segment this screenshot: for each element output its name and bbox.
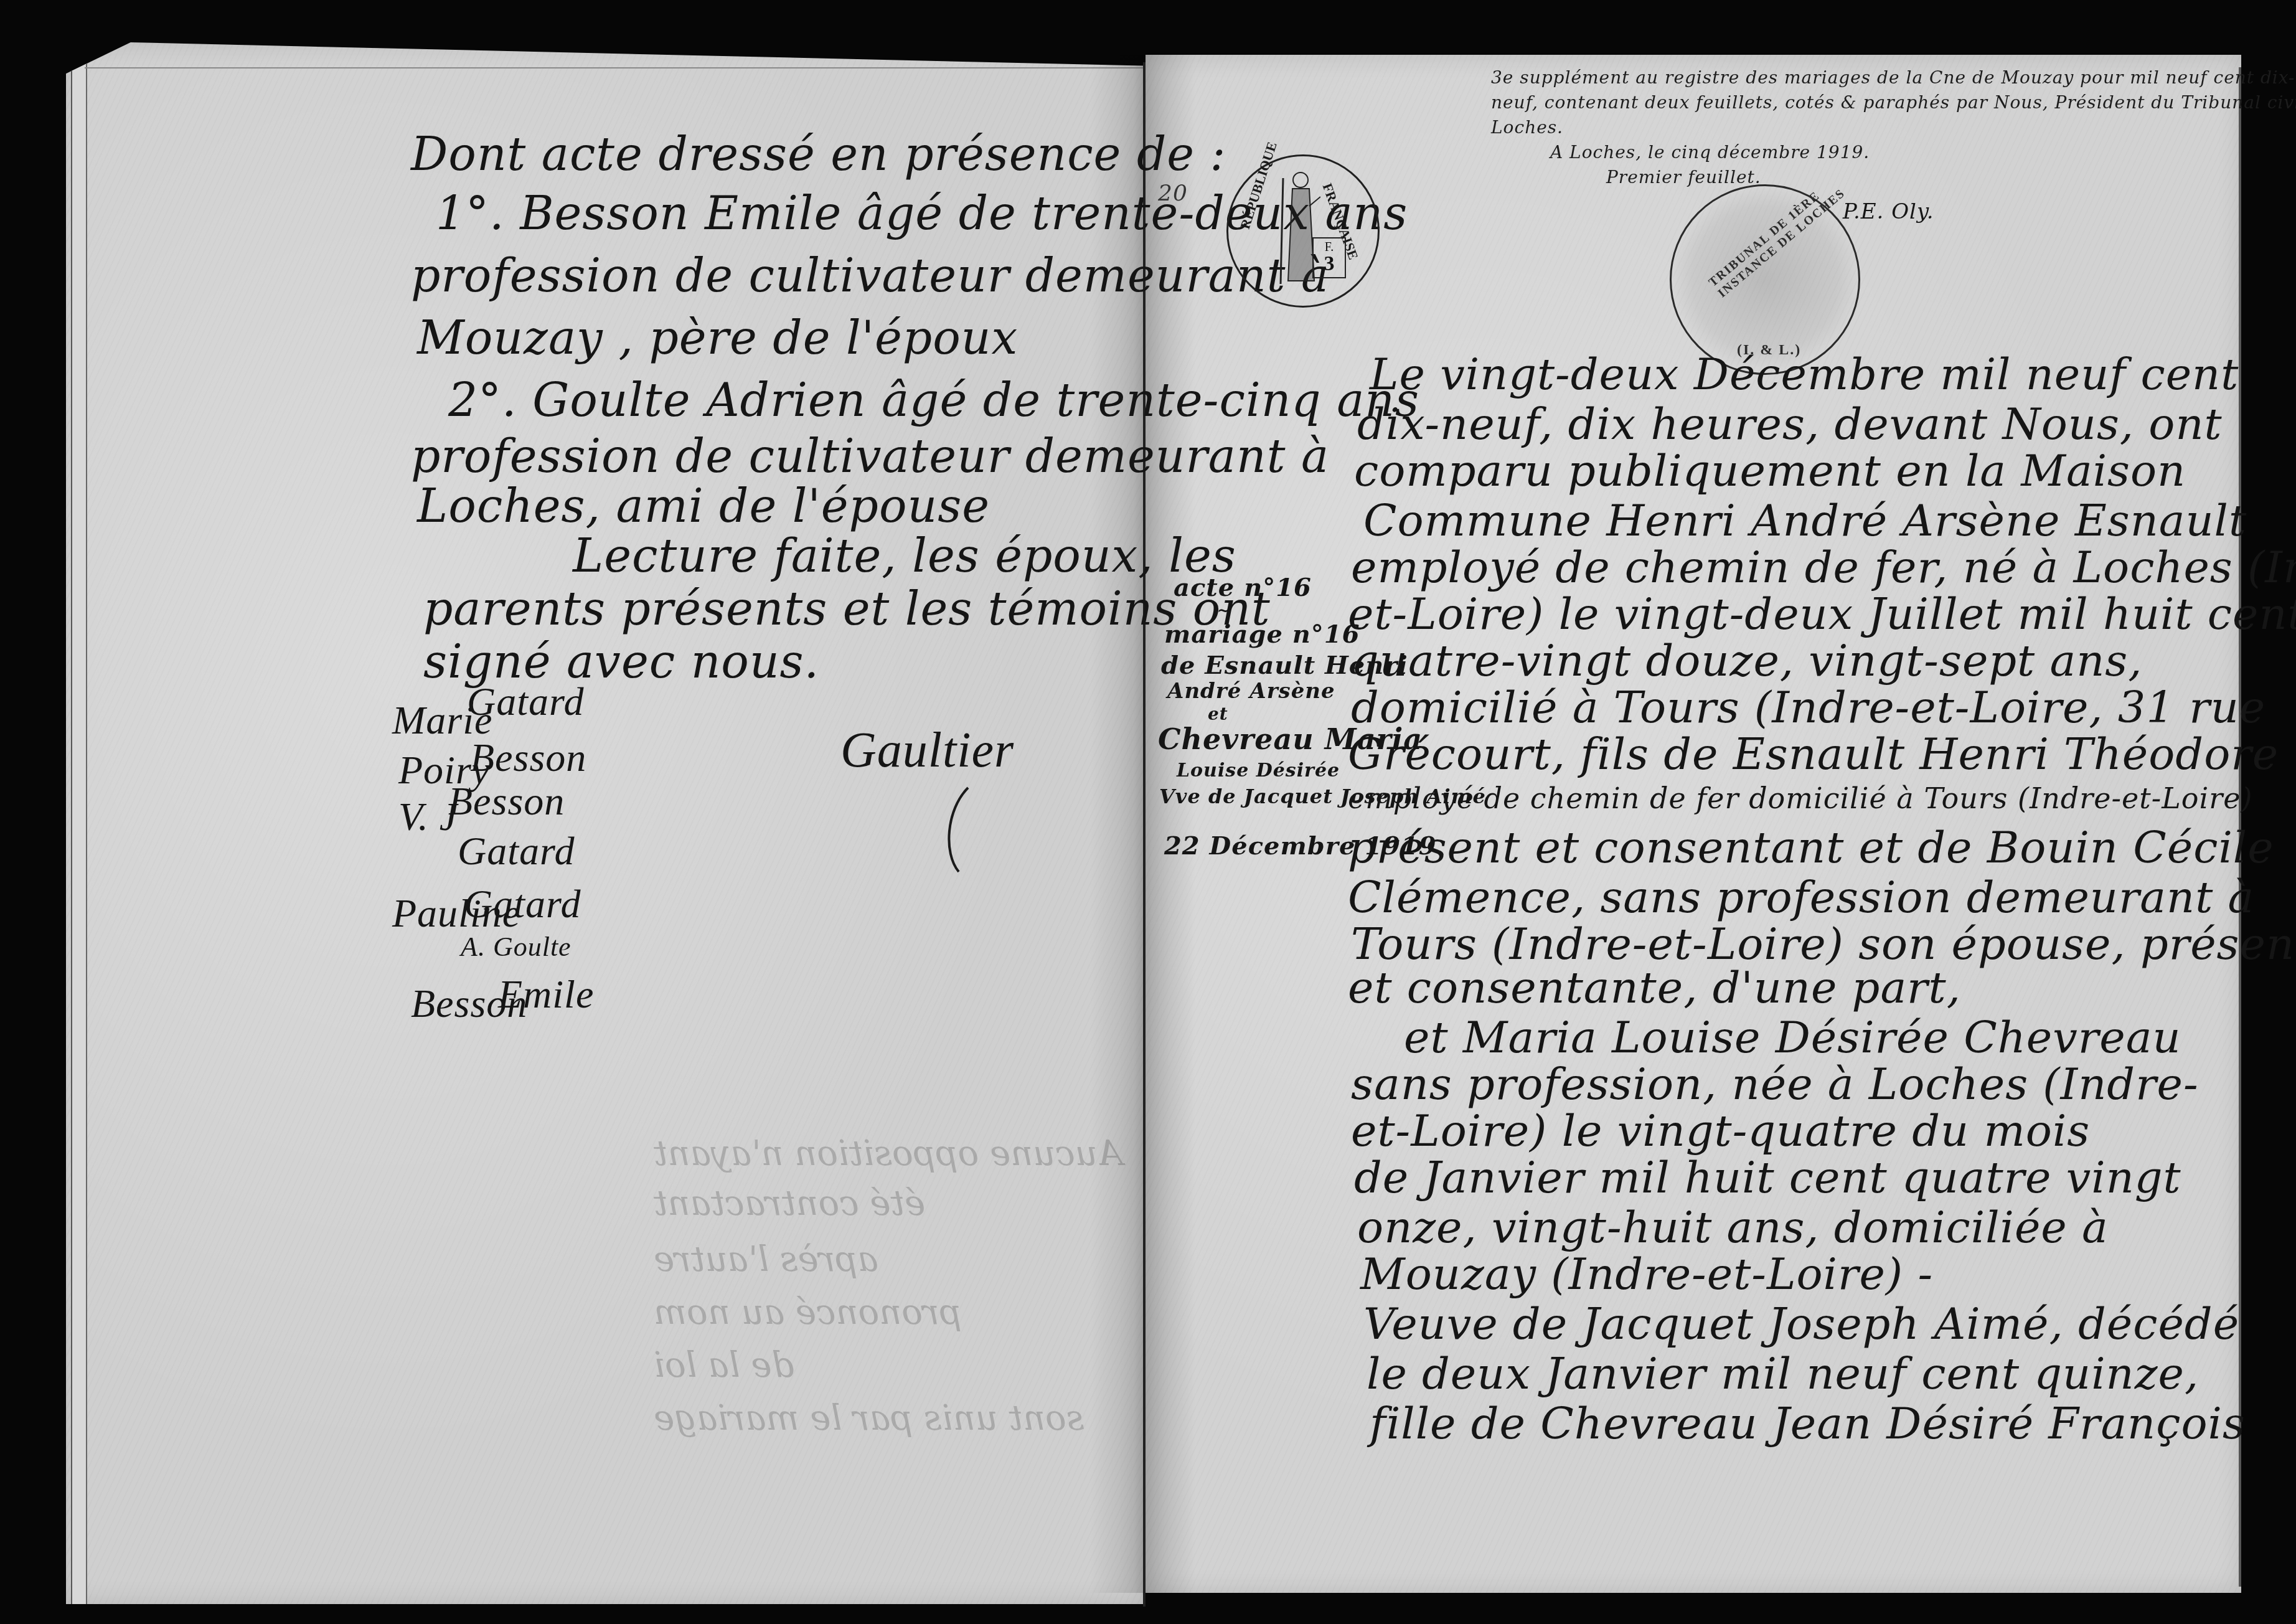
act-body-line: et consentante, d'une part,	[1348, 962, 1961, 1013]
act-body-line: dix-neuf, dix heures, devant Nous, ont	[1357, 399, 2223, 450]
act-body-line: présent et consentant et de Bouin Cécile	[1348, 822, 2274, 873]
margin-marriage-number: mariage n°16	[1164, 620, 1360, 649]
act-body-line: Veuve de Jacquet Joseph Aimé, décédé	[1363, 1298, 2239, 1349]
act-body-line: Grécourt, fils de Esnault Henri Théodore	[1348, 729, 2279, 780]
page-edge	[71, 55, 87, 1604]
witness-1-residence: Mouzay , père de l'époux	[417, 311, 1018, 365]
reading-clause: parents présents et les témoins ont	[423, 582, 1271, 636]
act-body-line: domicilié à Tours (Indre-et-Loire, 31 ru…	[1351, 682, 2265, 733]
act-body-line: fille de Chevreau Jean Désiré François	[1370, 1398, 2246, 1449]
act-body-line: employé de chemin de fer domicilié à Tou…	[1348, 781, 2252, 815]
bleed-through-text: Aucune opposition n'ayant	[654, 1133, 1122, 1174]
act-body-line: Mouzay (Indre-et-Loire) -	[1360, 1249, 1933, 1300]
act-body-line: comparu publiquement en la Maison	[1354, 445, 2186, 496]
witness-2-residence: Loches, ami de l'épouse	[417, 479, 990, 533]
folio-number: 20	[1158, 181, 1188, 206]
header-note-line: neuf, contenant deux feuillets, cotés & …	[1491, 92, 2296, 113]
margin-groom: André Arsène	[1167, 679, 1335, 704]
signature: Gatard	[464, 881, 581, 927]
act-body-line: Le vingt-deux Décembre mil neuf cent	[1370, 349, 2239, 400]
officer-signature: Gaultier	[840, 722, 1014, 779]
document-scan: Aucune opposition n'ayant été contractan…	[0, 0, 2296, 1624]
president-signature: P.E. Oly.	[1843, 199, 1934, 224]
margin-divider: ~	[1217, 601, 1230, 619]
margin-and: et	[1208, 704, 1228, 724]
reading-clause: Lecture faite, les époux, les	[573, 529, 1236, 583]
signature: Emile	[498, 971, 594, 1017]
margin-bride: Louise Désirée	[1177, 760, 1340, 781]
header-place-date: A Loches, le cinq décembre 1919.	[1550, 142, 1870, 163]
signature-flourish	[940, 785, 977, 878]
signature: Gatard	[467, 679, 585, 725]
header-note-line: 3e supplément au registre des mariages d…	[1491, 67, 2295, 88]
act-body-line: et Maria Louise Désirée Chevreau	[1404, 1012, 2181, 1063]
witness-2-profession: profession de cultivateur demeurant à	[411, 430, 1329, 483]
fiscal-stamp: RÉPUBLIQUE FRANÇAISE F. 3	[1226, 154, 1380, 308]
act-body-line: sans profession, née à Loches (Indre-	[1351, 1059, 2199, 1110]
act-body-line: Clémence, sans profession demeurant à	[1348, 872, 2254, 923]
act-body-line: onze, vingt-huit ans, domiciliée à	[1357, 1202, 2109, 1253]
witness-1-profession: profession de cultivateur demeurant à	[411, 249, 1329, 303]
bleed-through-text: prononcé au nom	[654, 1292, 962, 1333]
header-sheet-label: Premier feuillet.	[1606, 167, 1761, 187]
margin-acte-number: acte n°16	[1174, 573, 1312, 602]
bleed-through-text: de la loi	[654, 1345, 794, 1386]
closing-line: Dont acte dressé en présence de :	[411, 128, 1226, 181]
act-body-line: le deux Janvier mil neuf cent quinze,	[1367, 1348, 2199, 1399]
signature: Besson	[448, 778, 565, 824]
act-body-line: de Janvier mil huit cent quatre vingt	[1354, 1152, 2181, 1203]
act-body-line: Commune Henri André Arsène Esnault	[1363, 495, 2247, 546]
act-body-line: employé de chemin de fer, né à Loches (I…	[1351, 542, 2296, 593]
signature: Besson	[470, 735, 586, 781]
seal-legend: TRIBUNAL DE 1ÈRE INSTANCE DE LOCHES	[1706, 175, 1849, 301]
act-body-line: quatre-vingt douze, vingt-sept ans,	[1351, 635, 2142, 686]
header-note-line: Loches.	[1491, 117, 1563, 138]
act-body-line: et-Loire) le vingt-quatre du mois	[1351, 1105, 2090, 1156]
bleed-through-text: été contractant	[654, 1183, 925, 1224]
act-body-line: et-Loire) le vingt-deux Juillet mil huit…	[1348, 588, 2296, 640]
court-seal: TRIBUNAL DE 1ÈRE INSTANCE DE LOCHES (I. …	[1670, 184, 1860, 375]
signature: Gatard	[458, 828, 575, 874]
stamp-value: F. 3	[1312, 237, 1346, 278]
page-top-rule	[85, 67, 1143, 68]
signature: A. Goulte	[461, 931, 572, 963]
bleed-through-text: sont unis par le mariage	[654, 1398, 1084, 1438]
witness-2-line: 2°. Goulte Adrien âgé de trente-cinq ans	[448, 374, 1419, 427]
bleed-through-text: après l'autre	[654, 1239, 878, 1280]
